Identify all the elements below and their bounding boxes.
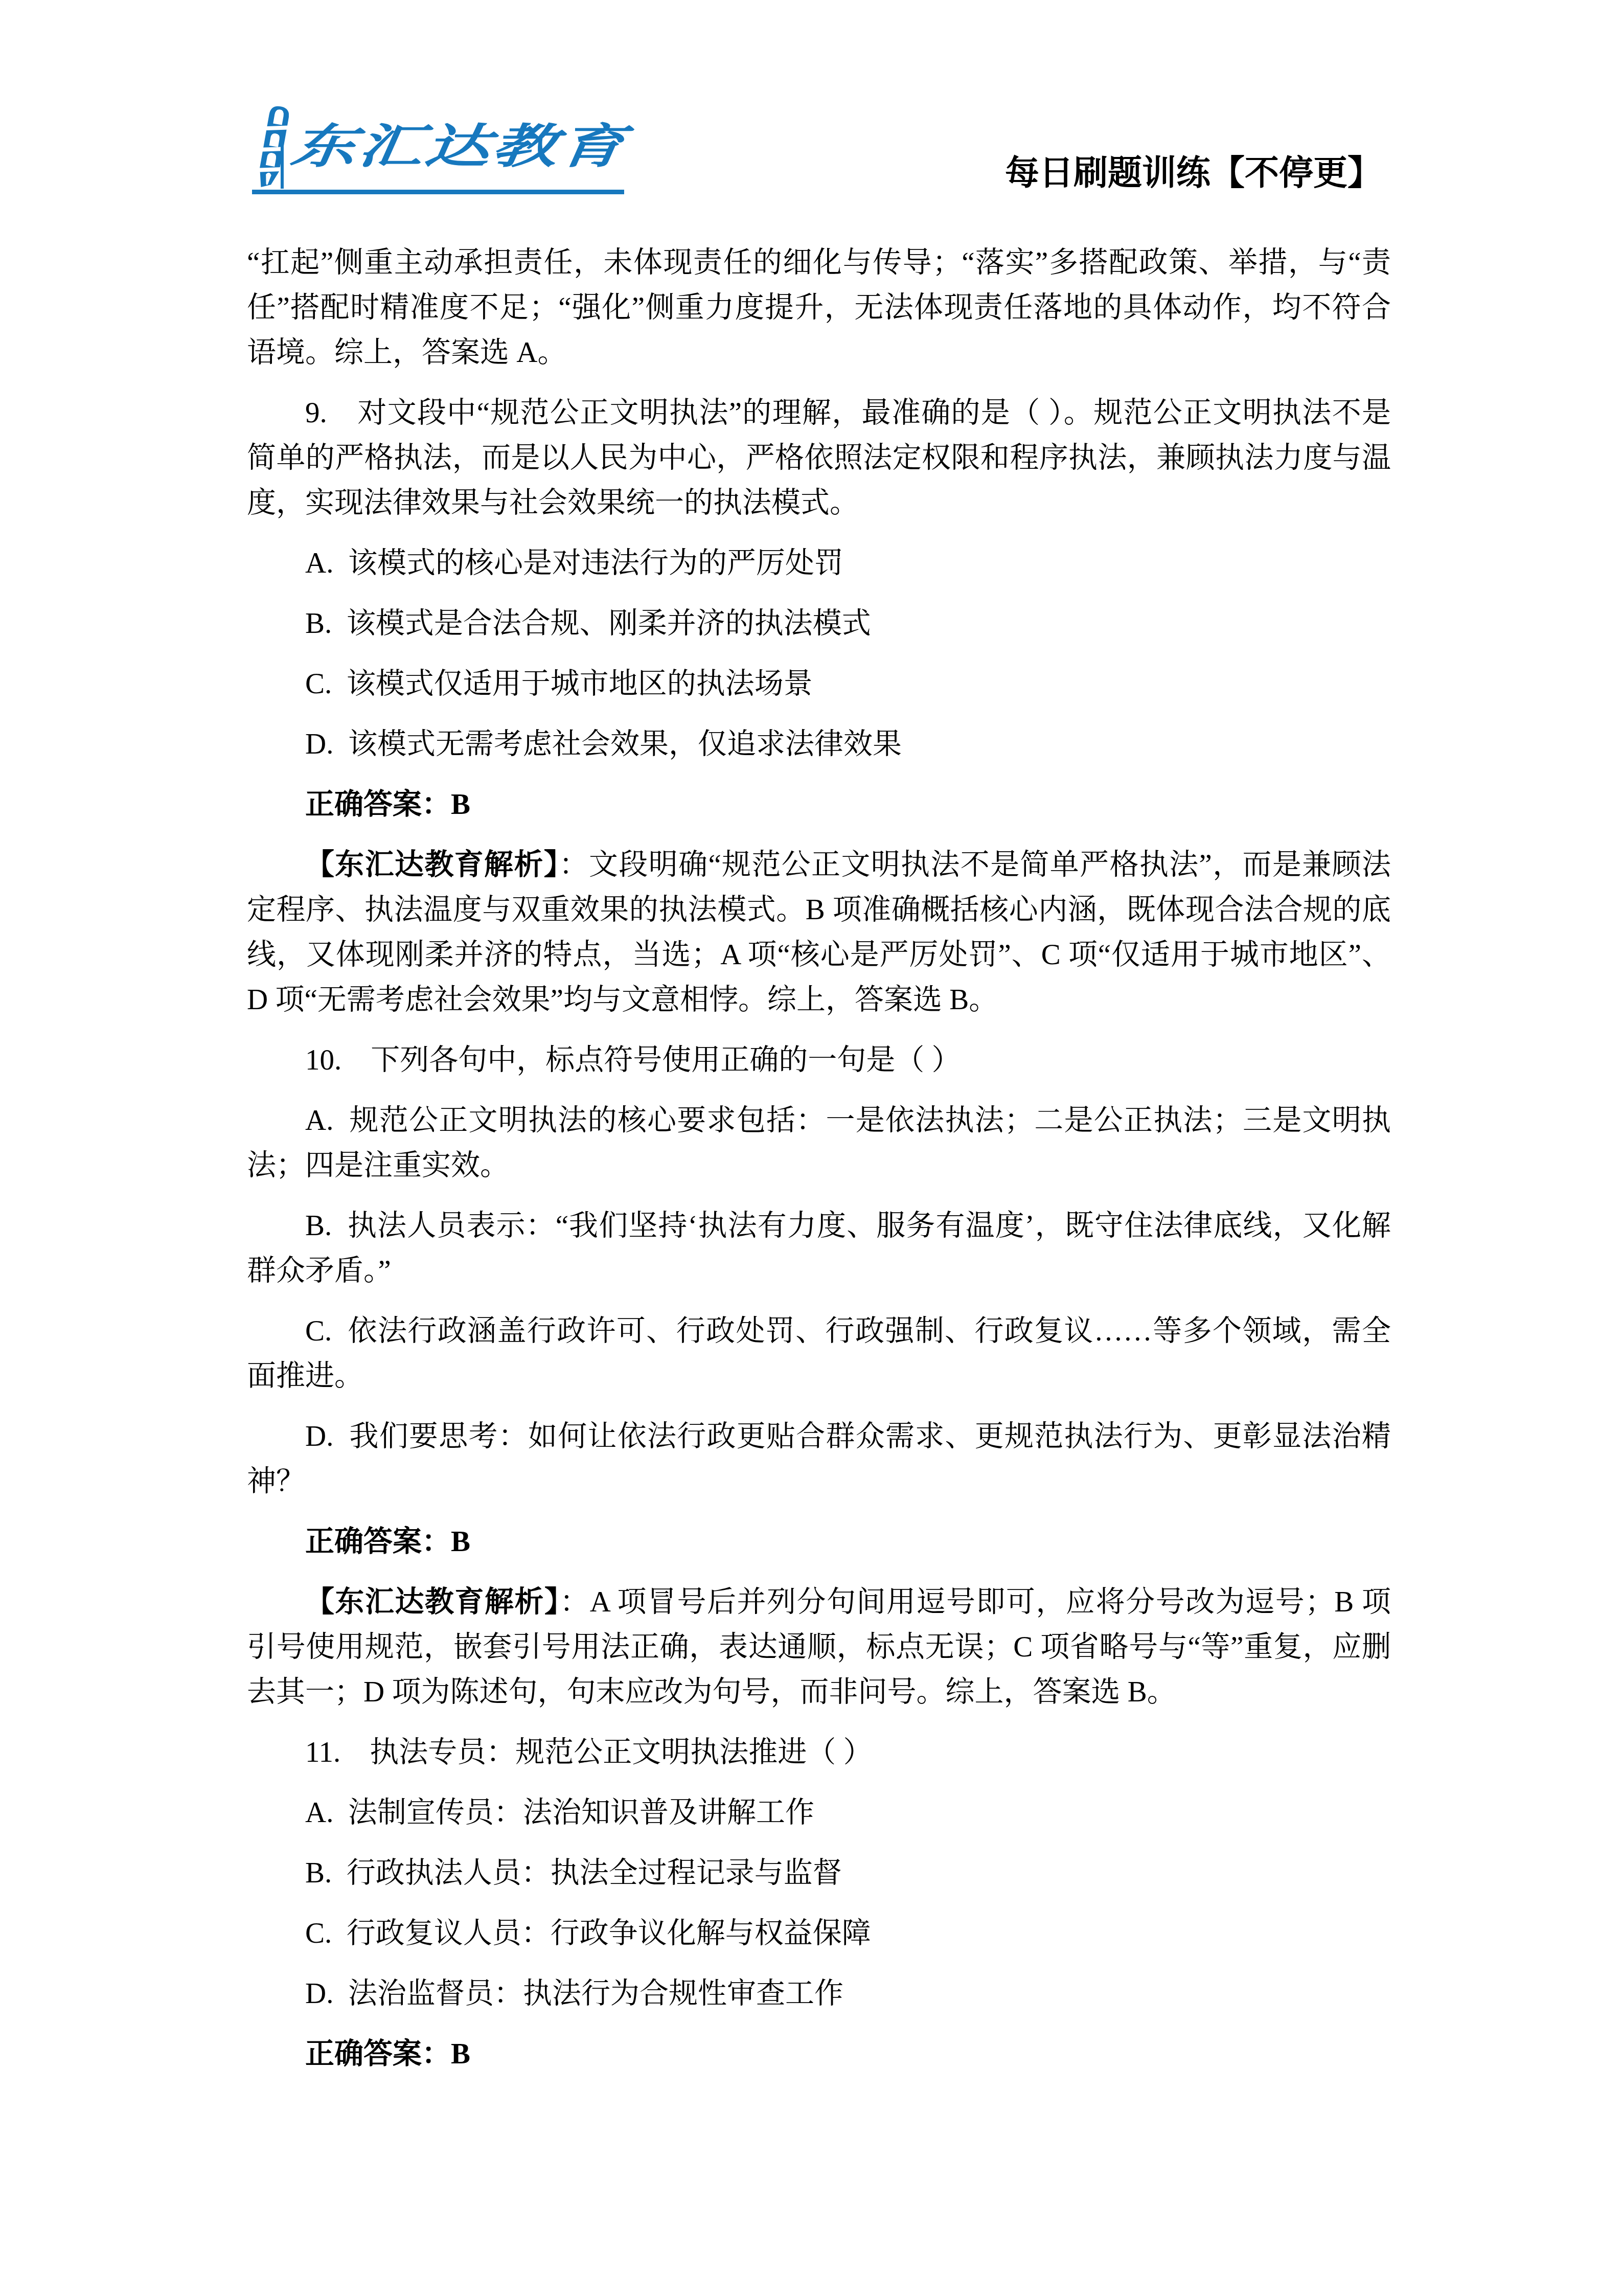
question-10: 10. 下列各句中，标点符号使用正确的一句是（ ） (247, 1038, 1391, 1083)
question-10-analysis: 【东汇达教育解析】：A 项冒号后并列分句间用逗号即可，应将分号改为逗号；B 项引… (247, 1580, 1391, 1715)
question-10-option-c: C. 依法行政涵盖行政许可、行政处罚、行政强制、行政复议……等多个领域，需全面推… (247, 1309, 1391, 1399)
logo-accent-line (281, 130, 284, 189)
analysis-label: 【东汇达教育解析】 (305, 849, 559, 881)
page-header: 东汇达教育 每日刷题训练【不停更】 (247, 100, 1391, 202)
question-9-option-c: C. 该模式仅适用于城市地区的执法场景 (247, 662, 1391, 707)
question-9-answer: 正确答案：B (247, 782, 1391, 827)
logo-wordmark: 东汇达教育 (289, 123, 628, 170)
question-11-option-d: D. 法治监督员：执法行为合规性审查工作 (247, 1971, 1391, 2016)
logo-underline (252, 190, 624, 194)
document-page: 东汇达教育 每日刷题训练【不停更】 “扛起”侧重主动承担责任，未体现责任的细化与… (0, 0, 1623, 2296)
question-11-option-b: B. 行政执法人员：执法全过程记录与监督 (247, 1851, 1391, 1896)
analysis-continuation-paragraph: “扛起”侧重主动承担责任，未体现责任的细化与传导；“落实”多搭配政策、举措，与“… (247, 240, 1391, 375)
question-10-answer: 正确答案：B (247, 1519, 1391, 1564)
question-11-answer: 正确答案：B (247, 2032, 1391, 2077)
question-11-option-a: A. 法制宣传员：法治知识普及讲解工作 (247, 1790, 1391, 1835)
question-11-option-c: C. 行政复议人员：行政争议化解与权益保障 (247, 1911, 1391, 1956)
question-11: 11. 执法专员：规范公正文明执法推进（ ） (247, 1730, 1391, 1775)
question-9-analysis: 【东汇达教育解析】：文段明确“规范公正文明执法不是简单严格执法”，而是兼顾法定程… (247, 843, 1391, 1022)
question-9-option-b: B. 该模式是合法合规、刚柔并济的执法模式 (247, 601, 1391, 646)
question-9-option-a: A. 该模式的核心是对违法行为的严厉处罚 (247, 541, 1391, 586)
question-9: 9. 对文段中“规范公正文明执法”的理解，最准确的是（ ）。规范公正文明执法不是… (247, 391, 1391, 526)
page-title: 每日刷题训练【不停更】 (1005, 153, 1382, 194)
question-10-option-b: B. 执法人员表示：“我们坚持‘执法有力度、服务有温度’，既守住法律底线，又化解… (247, 1203, 1391, 1293)
document-body: “扛起”侧重主动承担责任，未体现责任的细化与传导；“落实”多搭配政策、举措，与“… (247, 240, 1391, 2092)
analysis-label: 【东汇达教育解析】 (305, 1586, 560, 1618)
brand-logo: 东汇达教育 (247, 100, 635, 199)
question-10-option-a: A. 规范公正文明执法的核心要求包括：一是依法执法；二是公正执法；三是文明执法；… (247, 1098, 1391, 1188)
question-10-option-d: D. 我们要思考：如何让依法行政更贴合群众需求、更规范执法行为、更彰显法治精神？ (247, 1414, 1391, 1504)
question-9-option-d: D. 该模式无需考虑社会效果，仅追求法律效果 (247, 722, 1391, 767)
